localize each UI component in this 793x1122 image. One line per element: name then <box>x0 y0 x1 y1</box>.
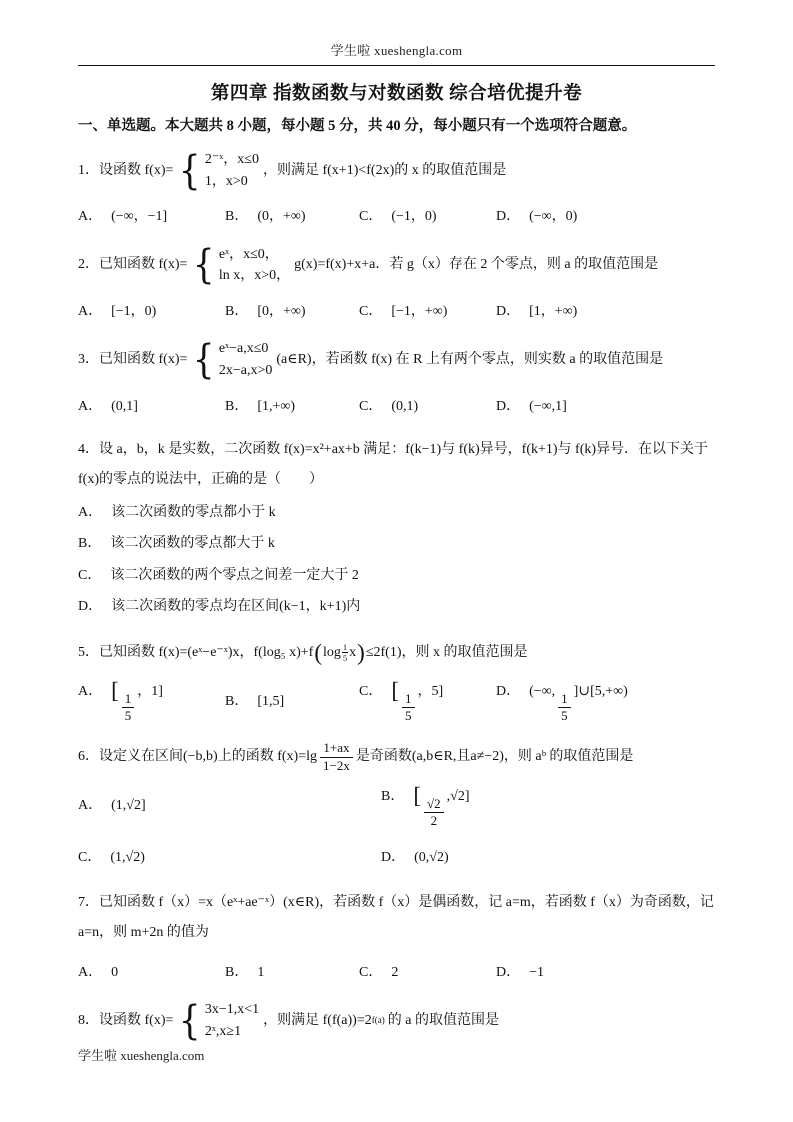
option-tail: ，5] <box>418 684 444 699</box>
question-4-options: A．该二次函数的零点都小于 k B．该二次函数的零点都大于 k C．该二次函数的… <box>78 497 715 623</box>
q7-option-c: C．2 <box>359 960 496 985</box>
q8-text-post: 的 a 的取值范围是 <box>388 1009 499 1033</box>
q3-option-a: A．(0,1] <box>78 394 225 419</box>
q3-case-1: eˣ−a,x≤0 <box>219 338 273 360</box>
q4-option-d: D．该二次函数的零点均在区间(k−1，k+1)内 <box>78 591 715 623</box>
option-value: 1 <box>257 965 264 980</box>
q5-option-b: B．[1,5] <box>225 689 359 714</box>
q1-text-post: ，则满足 f(x+1)<f(2x)的 x 的取值范围是 <box>263 159 506 183</box>
option-value: (−∞，−1] <box>111 209 167 224</box>
q5-text-pre: 5．已知函数 f(x)=(eˣ−e⁻ˣ)x，f(log₅ x)+f <box>78 641 313 665</box>
question-4-stem: 4．设 a，b，k 是实数，二次函数 f(x)=x²+ax+b 满足：f(k−1… <box>78 435 715 495</box>
q3-option-d: D．(−∞,1] <box>496 394 715 419</box>
option-value: 0 <box>111 965 118 980</box>
q6-text-pre: 6．设定义在区间(−b,b)上的函数 f(x)=lg <box>78 745 317 769</box>
q1-piecewise: { 2⁻ˣ，x≤0 1，x>0 <box>177 149 259 192</box>
numerator: √2 <box>424 796 444 813</box>
option-label: C． <box>359 684 382 699</box>
denominator: 5 <box>402 708 415 724</box>
option-label: C． <box>359 965 382 980</box>
option-label: A． <box>78 399 102 414</box>
q5-option-d: D．(−∞,15]∪[5,+∞) <box>496 679 715 725</box>
option-label: C． <box>359 399 382 414</box>
denominator: 1−2x <box>320 758 353 774</box>
question-3-options: A．(0,1] B．[1,+∞) C．(0,1) D．(−∞,1] <box>78 394 715 419</box>
option-label: C． <box>359 304 382 319</box>
option-value: [1,+∞) <box>257 399 295 414</box>
numerator: 1 <box>122 691 135 708</box>
page-footer: 学生啦 xueshengla.com <box>78 1045 204 1064</box>
open-bracket: [ <box>111 678 119 703</box>
question-8-stem: 8．设函数 f(x)= { 3x−1,x<1 2ˣ,x≥1 ，则满足 f(f(a… <box>78 999 715 1042</box>
option-value: [0，+∞) <box>257 304 305 319</box>
option-label: A． <box>78 209 102 224</box>
q6-option-a: A．(1,√2] <box>78 793 381 820</box>
piecewise-cases: 2⁻ˣ，x≤0 1，x>0 <box>203 149 259 192</box>
option-value: 该二次函数的两个零点之间差一定大于 2 <box>110 568 359 583</box>
option-label: A． <box>78 505 102 520</box>
option-label: D． <box>496 965 520 980</box>
piecewise-brace: { <box>179 1004 201 1038</box>
denominator: 5 <box>558 708 571 724</box>
q1-text-pre: 1．设函数 f(x)= <box>78 159 173 183</box>
q8-exponent: f(a) <box>372 1013 385 1028</box>
q2-case-1: eˣ，x≤0， <box>219 244 290 266</box>
q1-option-b: B．(0，+∞) <box>225 204 359 229</box>
question-8: 8．设函数 f(x)= { 3x−1,x<1 2ˣ,x≥1 ，则满足 f(f(a… <box>78 999 715 1042</box>
q2-piecewise: { eˣ，x≤0， ln x，x>0， <box>191 244 290 287</box>
question-6-stem: 6．设定义在区间(−b,b)上的函数 f(x)=lg 1+ax 1−2x 是奇函… <box>78 740 715 774</box>
question-1-stem: 1．设函数 f(x)= { 2⁻ˣ，x≤0 1，x>0 ，则满足 f(x+1)<… <box>78 149 715 192</box>
open-paren: ( <box>314 641 322 664</box>
piecewise-brace: { <box>193 248 215 282</box>
q2-option-a: A．[−1，0) <box>78 299 225 324</box>
q5-text-post: ≤2f(1)，则 x 的取值范围是 <box>366 641 528 665</box>
q2-option-b: B．[0，+∞) <box>225 299 359 324</box>
question-2-stem: 2．已知函数 f(x)= { eˣ，x≤0， ln x，x>0， g(x)=f(… <box>78 244 715 287</box>
q6-option-c: C．(1,√2) <box>78 845 381 872</box>
page-header: 学生啦 xueshengla.com <box>78 40 715 59</box>
option-tail: ,√2] <box>447 789 470 804</box>
q8-case-2: 2ˣ,x≥1 <box>205 1021 259 1043</box>
q2-option-c: C．[−1，+∞) <box>359 299 496 324</box>
option-value: [1，+∞) <box>529 304 577 319</box>
option-label: D． <box>496 209 520 224</box>
question-3-stem: 3．已知函数 f(x)= { eˣ−a,x≤0 2x−a,x>0 (a∈R)，若… <box>78 338 715 381</box>
site-watermark-top: 学生啦 xueshengla.com <box>331 43 463 58</box>
question-5-stem: 5．已知函数 f(x)=(eˣ−e⁻ˣ)x，f(log₅ x)+f ( log … <box>78 639 715 667</box>
option-value: 该二次函数的零点都小于 k <box>111 505 276 520</box>
option-value: 该二次函数的零点均在区间(k−1，k+1)内 <box>111 599 360 614</box>
option-value: (0,1) <box>391 399 418 414</box>
option-tail: ，1] <box>137 684 163 699</box>
option-value: (1,√2) <box>110 850 145 865</box>
option-label: C． <box>78 568 101 583</box>
fraction: 1+ax 1−2x <box>320 740 353 774</box>
q6-text-post: 是奇函数(a,b∈R,且a≠−2)，则 aᵇ 的取值范围是 <box>356 745 634 769</box>
question-5-options: A．[15，1] B．[1,5] C．[15，5] D．(−∞,15]∪[5,+… <box>78 679 715 725</box>
question-5: 5．已知函数 f(x)=(eˣ−e⁻ˣ)x，f(log₅ x)+f ( log … <box>78 639 715 725</box>
q6-option-b: B．[√22,√2] <box>381 784 715 830</box>
option-value: (0,√2) <box>414 850 449 865</box>
q6-option-d: D．(0,√2) <box>381 845 715 872</box>
option-label: B． <box>225 304 248 319</box>
option-value: (0，+∞) <box>257 209 305 224</box>
option-label: A． <box>78 965 102 980</box>
option-label: D． <box>496 304 520 319</box>
option-value: (0,1] <box>111 399 138 414</box>
q1-option-a: A．(−∞，−1] <box>78 204 225 229</box>
q5-log-word: log <box>323 641 341 665</box>
question-4: 4．设 a，b，k 是实数，二次函数 f(x)=x²+ax+b 满足：f(k−1… <box>78 435 715 623</box>
q1-case-1: 2⁻ˣ，x≤0 <box>205 149 259 171</box>
q5-option-a: A．[15，1] <box>78 679 225 725</box>
option-value: (−∞，0) <box>529 209 577 224</box>
q3-case-2: 2x−a,x>0 <box>219 360 273 382</box>
option-label: B． <box>225 965 248 980</box>
fraction: 15 <box>558 691 571 725</box>
option-label: B． <box>225 399 248 414</box>
option-label: B． <box>381 789 404 804</box>
q1-case-2: 1，x>0 <box>205 171 259 193</box>
option-value: −1 <box>529 965 544 980</box>
q4-option-c: C．该二次函数的两个零点之间差一定大于 2 <box>78 560 715 592</box>
fraction: √22 <box>424 796 444 830</box>
numerator: 1 <box>402 691 415 708</box>
option-value: [−1，+∞) <box>391 304 447 319</box>
q5-log-arg: x <box>349 641 356 665</box>
piecewise-cases: eˣ，x≤0， ln x，x>0， <box>217 244 290 287</box>
page-title: 第四章 指数函数与对数函数 综合培优提升卷 <box>78 79 715 105</box>
open-bracket: [ <box>391 678 399 703</box>
option-value: 2 <box>391 965 398 980</box>
q4-option-a: A．该二次函数的零点都小于 k <box>78 497 715 529</box>
q3-piecewise: { eˣ−a,x≤0 2x−a,x>0 <box>191 338 272 381</box>
question-3: 3．已知函数 f(x)= { eˣ−a,x≤0 2x−a,x>0 (a∈R)，若… <box>78 338 715 419</box>
option-value: 该二次函数的零点都大于 k <box>110 536 275 551</box>
option-label: D． <box>496 399 520 414</box>
exam-page: 学生啦 xueshengla.com 第四章 指数函数与对数函数 综合培优提升卷… <box>0 0 793 1122</box>
header-divider <box>78 65 715 66</box>
q3-option-c: C．(0,1) <box>359 394 496 419</box>
question-1: 1．设函数 f(x)= { 2⁻ˣ，x≤0 1，x>0 ，则满足 f(x+1)<… <box>78 149 715 230</box>
piecewise-brace: { <box>193 343 215 377</box>
option-label: D． <box>381 850 405 865</box>
option-label: B． <box>78 536 101 551</box>
open-bracket: [ <box>413 783 421 808</box>
option-label: A． <box>78 684 102 699</box>
q4-option-b: B．该二次函数的零点都大于 k <box>78 528 715 560</box>
question-2: 2．已知函数 f(x)= { eˣ，x≤0， ln x，x>0， g(x)=f(… <box>78 244 715 325</box>
q2-case-2: ln x，x>0， <box>219 265 290 287</box>
q7-option-d: D．−1 <box>496 960 715 985</box>
numerator: 1 <box>342 642 348 654</box>
question-7-stem: 7．已知函数 f（x）=x（eˣ+ae⁻ˣ）(x∈R)，若函数 f（x）是偶函数… <box>78 888 715 948</box>
q1-option-c: C．(−1，0) <box>359 204 496 229</box>
question-6: 6．设定义在区间(−b,b)上的函数 f(x)=lg 1+ax 1−2x 是奇函… <box>78 740 715 872</box>
q3-text-pre: 3．已知函数 f(x)= <box>78 348 187 372</box>
question-6-options: A．(1,√2] B．[√22,√2] C．(1,√2) D．(0,√2) <box>78 784 715 872</box>
q2-text-post: g(x)=f(x)+x+a．若 g（x）存在 2 个零点，则 a 的取值范围是 <box>294 253 658 277</box>
denominator: 5 <box>122 708 135 724</box>
q2-option-d: D．[1，+∞) <box>496 299 715 324</box>
log-base-fraction: 1 5 <box>342 642 348 664</box>
q7-option-a: A．0 <box>78 960 225 985</box>
denominator: 5 <box>342 653 348 664</box>
q8-case-1: 3x−1,x<1 <box>205 999 259 1021</box>
site-watermark-bottom: 学生啦 xueshengla.com <box>78 1048 204 1063</box>
option-label: C． <box>78 850 101 865</box>
piecewise-cases: eˣ−a,x≤0 2x−a,x>0 <box>217 338 273 381</box>
q2-text-pre: 2．已知函数 f(x)= <box>78 253 187 277</box>
denominator: 2 <box>424 813 444 829</box>
option-value: (1,√2] <box>111 798 146 813</box>
option-value: (−∞,1] <box>529 399 567 414</box>
question-2-options: A．[−1，0) B．[0，+∞) C．[−1，+∞) D．[1，+∞) <box>78 299 715 324</box>
fraction: 15 <box>122 691 135 725</box>
q1-option-d: D．(−∞，0) <box>496 204 715 229</box>
q8-text-mid: ，则满足 f(f(a))=2 <box>263 1009 372 1033</box>
numerator: 1+ax <box>320 740 353 757</box>
fraction: 15 <box>402 691 415 725</box>
q8-piecewise: { 3x−1,x<1 2ˣ,x≥1 <box>177 999 259 1042</box>
section-header: 一、单选题。本大题共 8 小题，每小题 5 分，共 40 分，每小题只有一个选项… <box>78 114 715 135</box>
close-paren: ) <box>357 641 365 664</box>
question-1-options: A．(−∞，−1] B．(0，+∞) C．(−1，0) D．(−∞，0) <box>78 204 715 229</box>
option-label: D． <box>496 684 520 699</box>
piecewise-cases: 3x−1,x<1 2ˣ,x≥1 <box>203 999 259 1042</box>
q8-text-pre: 8．设函数 f(x)= <box>78 1009 173 1033</box>
question-7: 7．已知函数 f（x）=x（eˣ+ae⁻ˣ）(x∈R)，若函数 f（x）是偶函数… <box>78 888 715 985</box>
q7-option-b: B．1 <box>225 960 359 985</box>
piecewise-brace: { <box>179 154 201 188</box>
option-label: A． <box>78 304 102 319</box>
option-pre: (−∞, <box>529 684 555 699</box>
option-value: (−1，0) <box>391 209 436 224</box>
option-label: B． <box>225 209 248 224</box>
option-label: C． <box>359 209 382 224</box>
question-7-options: A．0 B．1 C．2 D．−1 <box>78 960 715 985</box>
option-label: D． <box>78 599 102 614</box>
option-value: [−1，0) <box>111 304 156 319</box>
q5-option-c: C．[15，5] <box>359 679 496 725</box>
q3-text-post: (a∈R)，若函数 f(x) 在 R 上有两个零点，则实数 a 的取值范围是 <box>276 348 663 372</box>
numerator: 1 <box>558 691 571 708</box>
option-label: A． <box>78 798 102 813</box>
q3-option-b: B．[1,+∞) <box>225 394 359 419</box>
option-tail: ]∪[5,+∞) <box>574 684 628 699</box>
option-value: [1,5] <box>257 694 284 709</box>
option-label: B． <box>225 694 248 709</box>
